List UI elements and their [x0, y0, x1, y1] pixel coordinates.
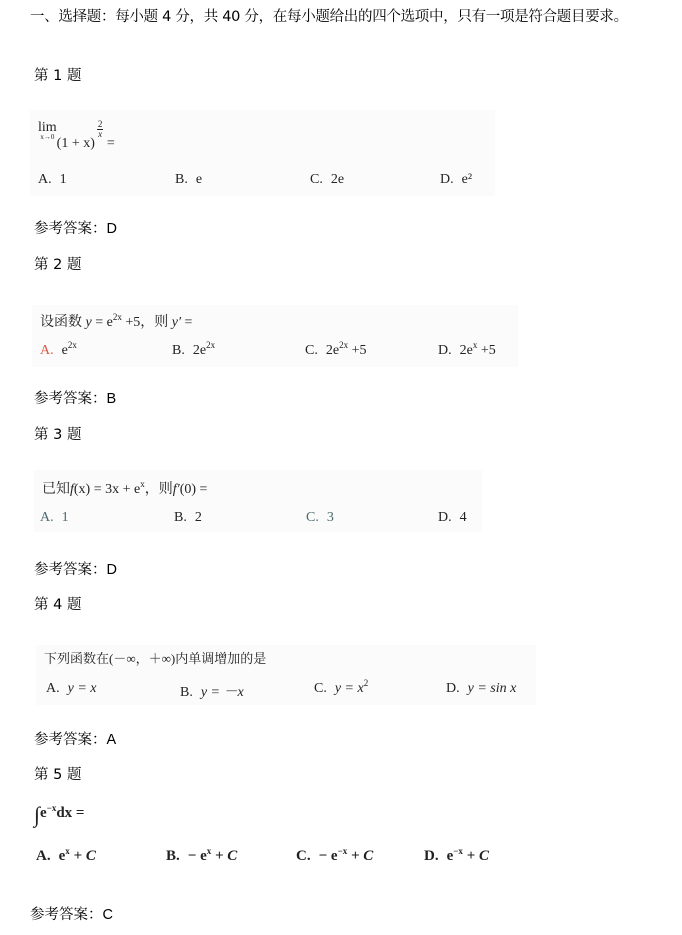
option-c: C.2e2x +5: [305, 343, 366, 359]
question-1-image: lim x→0 (1 + x)2x = A.1 B.e C.2e D.e²: [30, 110, 495, 196]
question-3-title: 第 3 题: [34, 425, 81, 445]
question-2-title: 第 2 题: [34, 255, 81, 275]
question-5-title: 第 5 题: [34, 765, 81, 785]
question-1-stem: lim x→0 (1 + x)2x =: [38, 120, 115, 152]
option-a: A.1: [40, 510, 69, 526]
option-d: D.e²: [440, 172, 472, 188]
answer-value: D: [107, 562, 117, 578]
answer-value: B: [107, 391, 117, 407]
question-3-answer: 参考答案：D: [34, 560, 117, 580]
option-b: B.e: [175, 172, 202, 188]
option-d: D.e−x + C: [424, 848, 489, 865]
question-5-answer: 参考答案：C: [30, 905, 113, 925]
option-d: D.4: [438, 510, 467, 526]
option-c: C.− e−x + C: [296, 848, 373, 865]
question-4-title: 第 4 题: [34, 595, 81, 615]
question-3-image: 已知f(x) = 3x + ex，则f′(0) = A.1 B.2 C.3 D.…: [34, 470, 482, 532]
option-c: C.3: [306, 510, 334, 526]
answer-value: C: [103, 907, 113, 923]
question-5-stem: ∫e−xdx =: [34, 802, 84, 828]
question-5-image: ∫e−xdx = A.ex + C B.− ex + C C.− e−x + C…: [30, 798, 500, 880]
question-1-title: 第 1 题: [34, 66, 81, 86]
question-1-answer: 参考答案：D: [34, 219, 117, 239]
question-3-stem: 已知f(x) = 3x + ex，则f′(0) =: [42, 478, 207, 498]
section-intro: 一、选择题：每小题 4 分，共 40 分，在每小题给出的四个选项中，只有一项是符…: [0, 6, 676, 28]
option-c: C.y = x2: [314, 681, 368, 697]
stem-base: (1 + x): [57, 136, 95, 151]
question-2-image: 设函数 y = e2x +5，则 y′ = A.e2x B.2e2x C.2e2…: [32, 305, 518, 367]
question-2-stem: 设函数 y = e2x +5，则 y′ =: [40, 311, 192, 331]
answer-value: A: [107, 732, 117, 748]
question-4-answer: 参考答案：A: [34, 730, 116, 750]
question-4-stem: 下列函数在(－∞，＋∞)内单调增加的是: [44, 648, 266, 667]
option-b: B.2: [174, 510, 202, 526]
option-d: D.y = sin x: [446, 681, 516, 697]
option-d: D.2ex +5: [438, 343, 496, 359]
option-a: A.1: [38, 172, 67, 188]
option-c: C.2e: [310, 172, 344, 188]
question-4-image: 下列函数在(－∞，＋∞)内单调增加的是 A.y = x B.y = －x C.y…: [36, 645, 536, 705]
option-a: A.ex + C: [36, 848, 96, 865]
question-2-answer: 参考答案：B: [34, 389, 116, 409]
lim-subscript: x→0: [38, 133, 57, 141]
option-a: A.e2x: [40, 343, 77, 359]
exponent-fraction: 2x: [97, 120, 104, 139]
option-b: B.− ex + C: [166, 848, 237, 865]
option-b: B.y = －x: [180, 681, 244, 701]
option-b: B.2e2x: [172, 343, 215, 359]
answer-value: D: [107, 221, 117, 237]
option-a: A.y = x: [46, 681, 97, 697]
